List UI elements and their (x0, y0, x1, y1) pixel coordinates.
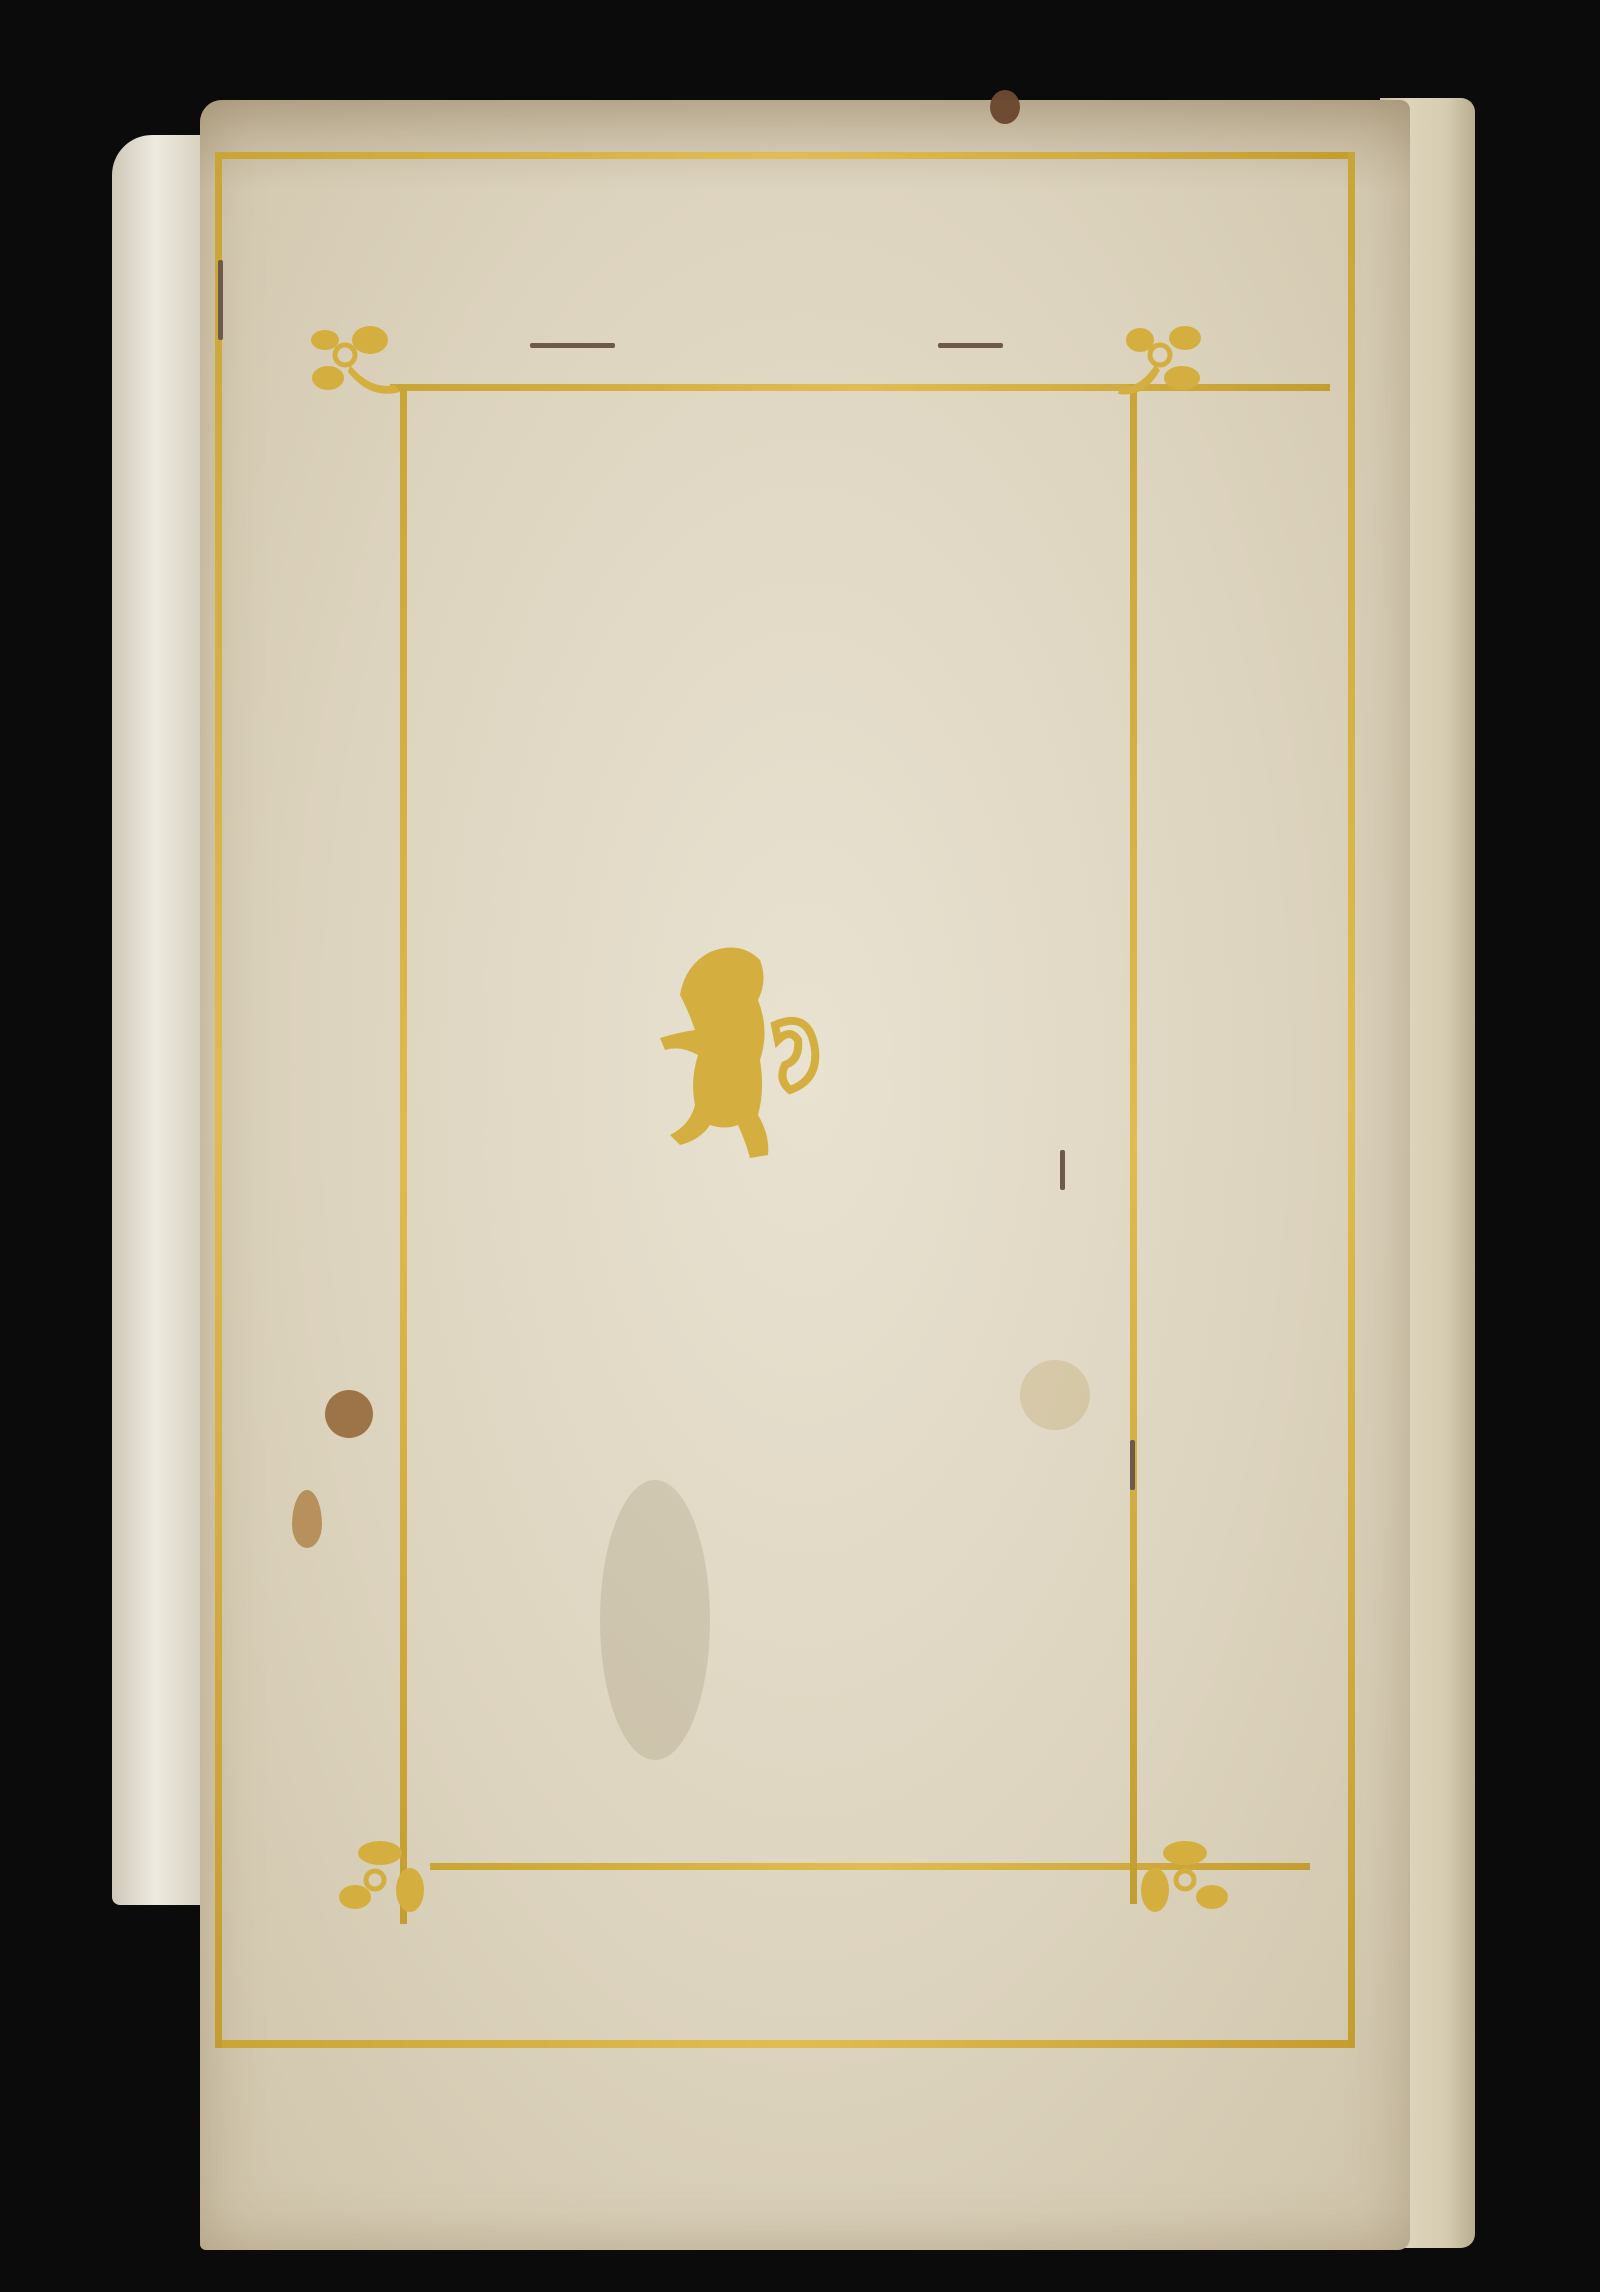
book-binding-photo (0, 0, 1600, 2292)
inner-frame-right (1130, 384, 1137, 1904)
outer-frame-left (215, 152, 222, 2048)
stitch-mark (1060, 1150, 1065, 1190)
inner-frame-left (400, 384, 407, 1924)
stitch-mark (218, 260, 223, 340)
fleuron-icon (1110, 310, 1220, 400)
stitch-mark (1130, 1440, 1135, 1490)
stain (292, 1490, 322, 1548)
stain (200, 100, 1410, 190)
stitch-mark (530, 343, 615, 348)
rampant-lion-icon (650, 940, 830, 1170)
stitch-mark (938, 343, 1003, 348)
stain (1020, 1360, 1090, 1430)
fleuron-icon (330, 1835, 440, 1925)
outer-frame-top (215, 152, 1355, 159)
stain (325, 1390, 373, 1438)
vellum-cover (200, 100, 1410, 2250)
outer-frame-right (1348, 152, 1355, 2048)
fleuron-icon (1130, 1835, 1240, 1925)
stain (600, 1480, 710, 1760)
fleuron-icon (300, 310, 410, 400)
outer-frame-bottom (215, 2040, 1355, 2048)
